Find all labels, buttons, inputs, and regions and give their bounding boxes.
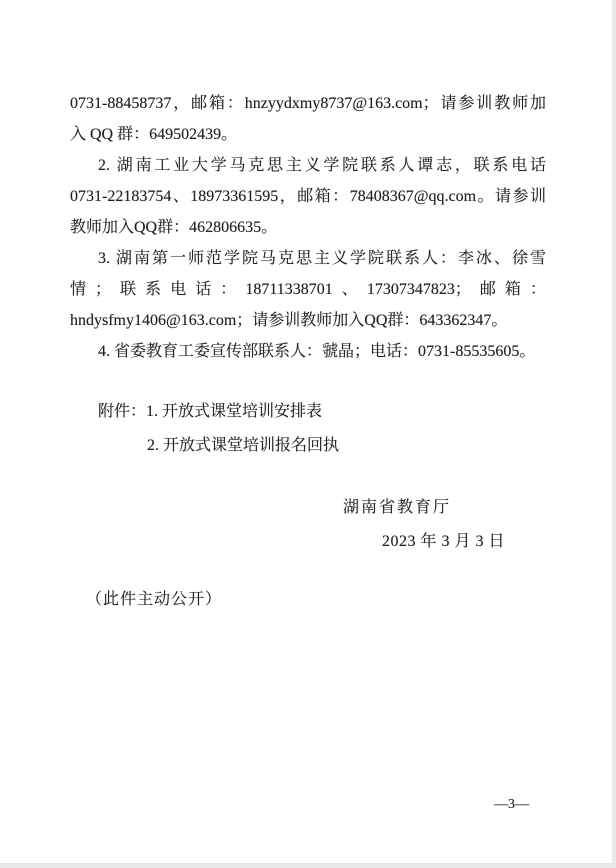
body-line: 0731-22183754、18973361595，邮箱：78408367@qq… [70, 181, 546, 212]
attachment-line: 2. 开放式课堂培训报名回执 [70, 429, 546, 463]
body-line: 2. 湖南工业大学马克思主义学院联系人谭志，联系电话 [70, 150, 546, 181]
signature-org: 湖南省教育厅 [343, 494, 451, 517]
page-number: —3— [494, 797, 529, 813]
body-line: 0731-88458737，邮箱：hnzyydxmy8737@163.com；请… [70, 88, 546, 119]
body-line: 入 QQ 群：649502439。 [70, 119, 546, 150]
scanned-document-page: 0731-88458737，邮箱：hnzyydxmy8737@163.com；请… [0, 0, 616, 868]
body-line: 教师加入QQ群：462806635。 [70, 212, 546, 243]
scan-edge-right [612, 0, 616, 868]
body-line: 3. 湖南第一师范学院马克思主义学院联系人：李冰、徐雪 [70, 243, 546, 274]
signature-date: 2023 年 3 月 3 日 [382, 528, 505, 551]
document-body: 0731-88458737，邮箱：hnzyydxmy8737@163.com；请… [70, 88, 546, 367]
disclosure-note: （此件主动公开） [86, 586, 222, 609]
body-line: 4. 省委教育工委宣传部联系人：虢晶；电话：0731-85535605。 [70, 336, 546, 367]
attachments-section: 附件：1. 开放式课堂培训安排表 2. 开放式课堂培训报名回执 [70, 395, 546, 463]
attachment-line: 附件：1. 开放式课堂培训安排表 [70, 395, 546, 429]
body-line: hndysfmy1406@163.com；请参训教师加入QQ群：64336234… [70, 305, 546, 336]
body-line: 情；联系电话：18711338701、17307347823；邮箱： [70, 274, 546, 305]
scan-edge-bottom [0, 863, 616, 868]
